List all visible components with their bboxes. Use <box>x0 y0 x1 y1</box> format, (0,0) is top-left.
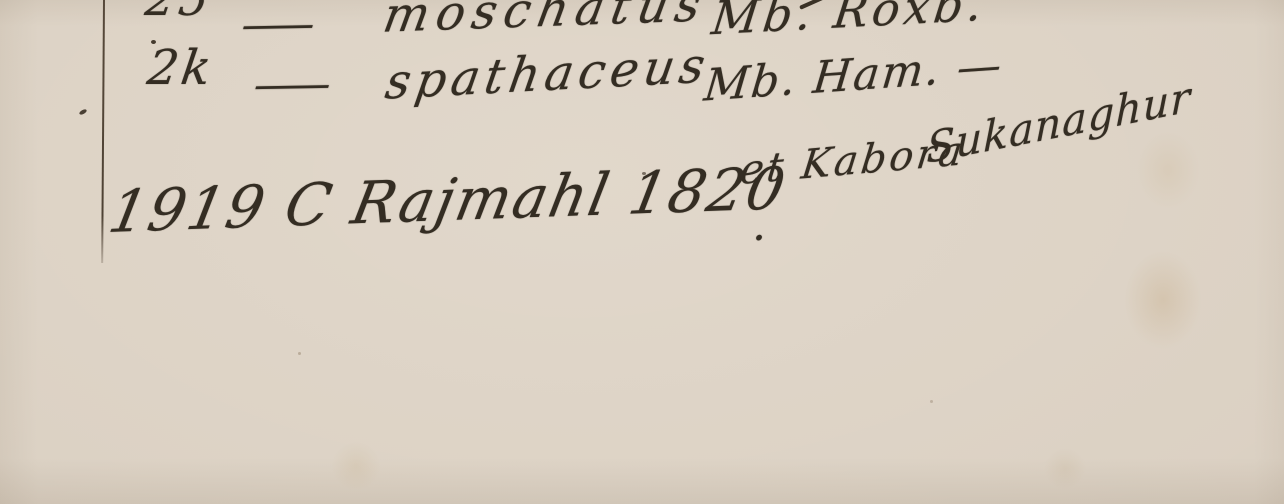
ink-speck <box>79 108 88 115</box>
entry-2-number: 2k <box>144 40 217 96</box>
manuscript-page: 25 — moschatus Mb. Roxb. 2k — spathaceus… <box>0 0 1284 504</box>
entry-2-species: spathaceus <box>382 37 714 110</box>
date-inscription: 1919 C Rajmahl 1820 <box>104 154 793 246</box>
paper-speck <box>298 352 301 355</box>
entry-1-authority: Mb. Roxb. <box>709 0 989 45</box>
paper-speck <box>930 400 933 403</box>
entry-1-number: 25 <box>142 0 216 26</box>
trailing-ink-dot: . <box>752 200 766 251</box>
ink-speck <box>151 40 156 44</box>
entry-1-species: moschatus <box>379 0 712 44</box>
entry-2-authority: Mb. Ham. — <box>702 39 1006 111</box>
entry-2-dash: — <box>250 59 333 109</box>
entry-1-dash: — <box>238 0 317 49</box>
ink-speck <box>642 172 646 175</box>
margin-rule-line <box>101 0 105 263</box>
